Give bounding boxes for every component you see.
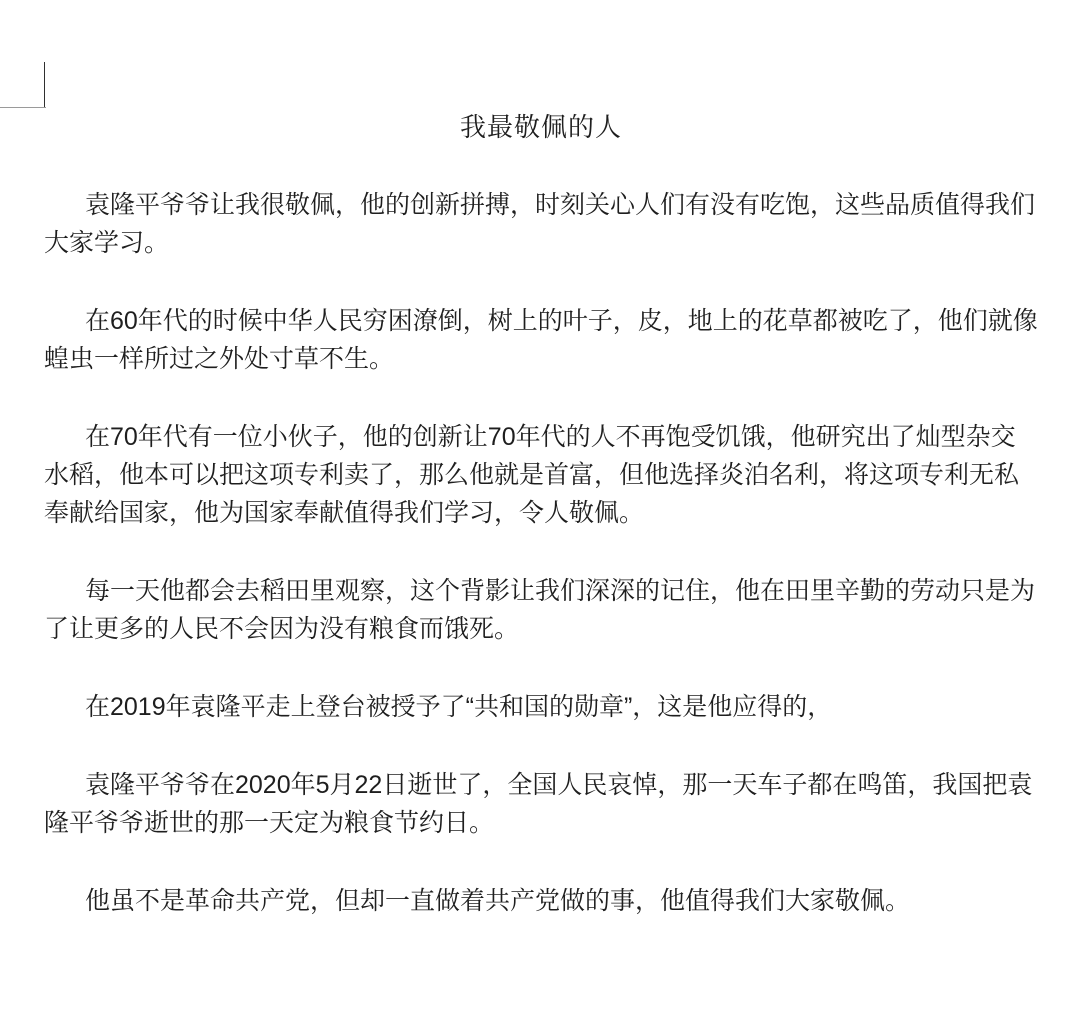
essay-paragraph-6: 袁隆平爷爷在2020年5月22日逝世了，全国人民哀悼，那一天车子都在鸣笛，我国把… (44, 766, 1038, 842)
essay-title: 我最敬佩的人 (44, 108, 1038, 146)
essay-paragraph-1: 袁隆平爷爷让我很敬佩，他的创新拼搏，时刻关心人们有没有吃饱，这些品质值得我们大家… (44, 186, 1038, 262)
corner-mark-horizontal-line (0, 107, 46, 108)
essay-paragraph-3: 在70年代有一位小伙子，他的创新让70年代的人不再饱受饥饿，他研究出了灿型杂交水… (44, 418, 1038, 532)
essay-paragraph-5: 在2019年袁隆平走上登台被授予了“共和国的勋章”，这是他应得的， (44, 688, 1038, 726)
essay-paragraph-2: 在60年代的时候中华人民穷困潦倒，树上的叶子，皮，地上的花草都被吃了，他们就像蝗… (44, 302, 1038, 378)
document-page: 我最敬佩的人 袁隆平爷爷让我很敬佩，他的创新拼搏，时刻关心人们有没有吃饱，这些品… (0, 0, 1079, 1026)
essay-content: 我最敬佩的人 袁隆平爷爷让我很敬佩，他的创新拼搏，时刻关心人们有没有吃饱，这些品… (44, 0, 1038, 960)
essay-paragraph-7: 他虽不是革命共产党，但却一直做着共产党做的事，他值得我们大家敬佩。 (44, 882, 1038, 920)
essay-paragraph-4: 每一天他都会去稻田里观察，这个背影让我们深深的记住，他在田里辛勤的劳动只是为了让… (44, 572, 1038, 648)
